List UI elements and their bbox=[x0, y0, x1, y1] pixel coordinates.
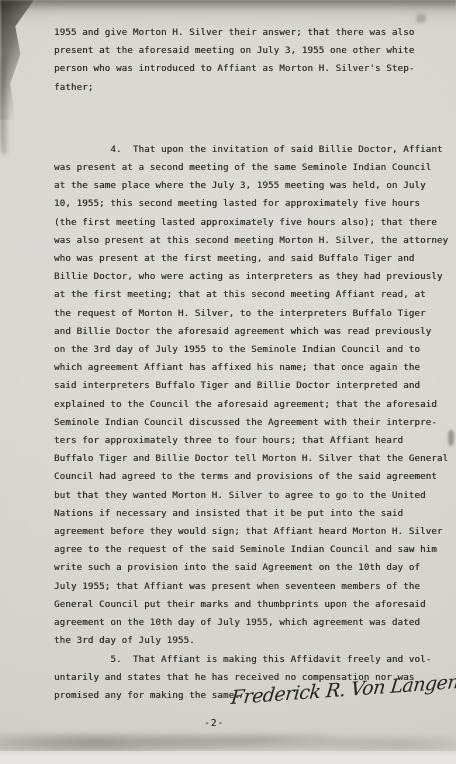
page-number: -2- bbox=[204, 718, 224, 729]
scan-edge-top bbox=[0, 0, 456, 16]
scan-artifact-top-right bbox=[416, 14, 426, 23]
affidavit-text-block: 1955 and give Morton H. Silver their ans… bbox=[54, 24, 456, 705]
paragraph-item-4: 4. That upon the invitation of said Bill… bbox=[54, 141, 456, 651]
scan-backing-bottom bbox=[0, 751, 456, 764]
paragraph-continuation: 1955 and give Morton H. Silver their ans… bbox=[54, 24, 456, 97]
scan-edge-bottom-shadow bbox=[0, 733, 456, 753]
scanned-affidavit-page: 1955 and give Morton H. Silver their ans… bbox=[0, 0, 456, 764]
scan-artifact-left bbox=[0, 55, 9, 155]
